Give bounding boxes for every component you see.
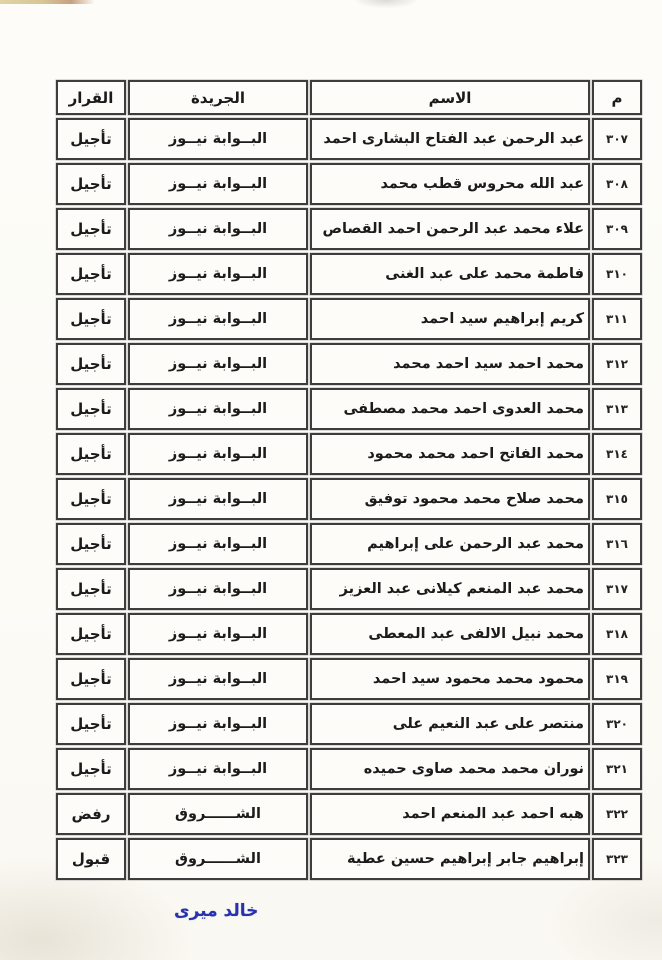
row-number-cell: ٣١٢ bbox=[592, 343, 642, 385]
scan-artifact-top-left bbox=[0, 0, 95, 4]
row-newspaper-cell: البــوابة نيــوز bbox=[128, 298, 308, 340]
table-row: ٣٢٣إبراهيم جابر إبراهيم حسين عطيةالشــــ… bbox=[56, 838, 642, 880]
row-name-cell: منتصر على عبد النعيم على bbox=[310, 703, 590, 745]
row-newspaper-cell: الشــــــروق bbox=[128, 838, 308, 880]
row-number-cell: ٣١٦ bbox=[592, 523, 642, 565]
row-decision-cell: تأجيل bbox=[56, 613, 126, 655]
row-newspaper-cell: الشــــــروق bbox=[128, 793, 308, 835]
row-number-cell: ٣١٥ bbox=[592, 478, 642, 520]
table-row: ٣١٧محمد عبد المنعم كيلانى عبد العزيزالبـ… bbox=[56, 568, 642, 610]
row-decision-cell: تأجيل bbox=[56, 343, 126, 385]
table-row: ٣٠٩علاء محمد عبد الرحمن احمد القصاصالبــ… bbox=[56, 208, 642, 250]
row-name-cell: نوران محمد محمد صاوى حميده bbox=[310, 748, 590, 790]
row-decision-cell: قبول bbox=[56, 838, 126, 880]
row-number-cell: ٣٢٢ bbox=[592, 793, 642, 835]
row-decision-cell: تأجيل bbox=[56, 568, 126, 610]
header-name: الاسم bbox=[310, 80, 590, 115]
row-newspaper-cell: البــوابة نيــوز bbox=[128, 163, 308, 205]
row-newspaper-cell: البــوابة نيــوز bbox=[128, 613, 308, 655]
row-decision-cell: تأجيل bbox=[56, 298, 126, 340]
table-row: ٣١٨محمد نبيل الالفى عبد المعطىالبــوابة … bbox=[56, 613, 642, 655]
table-row: ٣١٤محمد الفاتح احمد محمد محمودالبــوابة … bbox=[56, 433, 642, 475]
row-newspaper-cell: البــوابة نيــوز bbox=[128, 568, 308, 610]
row-name-cell: علاء محمد عبد الرحمن احمد القصاص bbox=[310, 208, 590, 250]
row-decision-cell: تأجيل bbox=[56, 118, 126, 160]
header-number: م bbox=[592, 80, 642, 115]
row-newspaper-cell: البــوابة نيــوز bbox=[128, 118, 308, 160]
header-newspaper: الجريدة bbox=[128, 80, 308, 115]
row-number-cell: ٣٠٧ bbox=[592, 118, 642, 160]
row-number-cell: ٣٢١ bbox=[592, 748, 642, 790]
row-name-cell: محمد عبد المنعم كيلانى عبد العزيز bbox=[310, 568, 590, 610]
row-name-cell: محمد عبد الرحمن على إبراهيم bbox=[310, 523, 590, 565]
table-row: ٣٢١نوران محمد محمد صاوى حميدهالبــوابة ن… bbox=[56, 748, 642, 790]
row-decision-cell: تأجيل bbox=[56, 748, 126, 790]
row-name-cell: محمد احمد سيد احمد محمد bbox=[310, 343, 590, 385]
table-header-row: م الاسم الجريدة القرار bbox=[56, 80, 642, 115]
row-name-cell: عبد الله محروس قطب محمد bbox=[310, 163, 590, 205]
row-newspaper-cell: البــوابة نيــوز bbox=[128, 343, 308, 385]
row-name-cell: فاطمة محمد على عبد الغنى bbox=[310, 253, 590, 295]
table-row: ٣١٠فاطمة محمد على عبد الغنىالبــوابة نيـ… bbox=[56, 253, 642, 295]
table-row: ٣١١كريم إبراهيم سيد احمدالبــوابة نيــوز… bbox=[56, 298, 642, 340]
row-newspaper-cell: البــوابة نيــوز bbox=[128, 433, 308, 475]
row-number-cell: ٣٢٠ bbox=[592, 703, 642, 745]
row-newspaper-cell: البــوابة نيــوز bbox=[128, 388, 308, 430]
row-name-cell: محمد الفاتح احمد محمد محمود bbox=[310, 433, 590, 475]
row-number-cell: ٣١٤ bbox=[592, 433, 642, 475]
row-decision-cell: تأجيل bbox=[56, 433, 126, 475]
row-decision-cell: تأجيل bbox=[56, 388, 126, 430]
row-name-cell: محمود محمد محمود سيد احمد bbox=[310, 658, 590, 700]
row-number-cell: ٣١٠ bbox=[592, 253, 642, 295]
row-decision-cell: تأجيل bbox=[56, 658, 126, 700]
row-newspaper-cell: البــوابة نيــوز bbox=[128, 208, 308, 250]
row-name-cell: محمد العدوى احمد محمد مصطفى bbox=[310, 388, 590, 430]
table-row: ٣١٦محمد عبد الرحمن على إبراهيمالبــوابة … bbox=[56, 523, 642, 565]
row-newspaper-cell: البــوابة نيــوز bbox=[128, 253, 308, 295]
row-name-cell: محمد نبيل الالفى عبد المعطى bbox=[310, 613, 590, 655]
row-number-cell: ٣١٨ bbox=[592, 613, 642, 655]
row-number-cell: ٣١٩ bbox=[592, 658, 642, 700]
row-name-cell: محمد صلاح محمد محمود توفيق bbox=[310, 478, 590, 520]
row-newspaper-cell: البــوابة نيــوز bbox=[128, 703, 308, 745]
table-row: ٣١٢محمد احمد سيد احمد محمدالبــوابة نيــ… bbox=[56, 343, 642, 385]
journalists-decision-table: م الاسم الجريدة القرار ٣٠٧عبد الرحمن عبد… bbox=[54, 77, 644, 883]
row-newspaper-cell: البــوابة نيــوز bbox=[128, 523, 308, 565]
row-name-cell: عبد الرحمن عبد الفتاح البشارى احمد bbox=[310, 118, 590, 160]
table-row: ٣٠٧عبد الرحمن عبد الفتاح البشارى احمدالب… bbox=[56, 118, 642, 160]
table-row: ٣١٥محمد صلاح محمد محمود توفيقالبــوابة ن… bbox=[56, 478, 642, 520]
scanned-document-page: م الاسم الجريدة القرار ٣٠٧عبد الرحمن عبد… bbox=[0, 0, 662, 960]
table-body: ٣٠٧عبد الرحمن عبد الفتاح البشارى احمدالب… bbox=[56, 118, 642, 880]
row-decision-cell: تأجيل bbox=[56, 523, 126, 565]
row-decision-cell: رفض bbox=[56, 793, 126, 835]
row-number-cell: ٣١٧ bbox=[592, 568, 642, 610]
scan-artifact-top-center bbox=[355, 0, 417, 8]
table-row: ٣١٣محمد العدوى احمد محمد مصطفىالبــوابة … bbox=[56, 388, 642, 430]
row-decision-cell: تأجيل bbox=[56, 163, 126, 205]
row-decision-cell: تأجيل bbox=[56, 703, 126, 745]
row-number-cell: ٣٠٨ bbox=[592, 163, 642, 205]
row-number-cell: ٣٢٣ bbox=[592, 838, 642, 880]
row-newspaper-cell: البــوابة نيــوز bbox=[128, 478, 308, 520]
row-newspaper-cell: البــوابة نيــوز bbox=[128, 748, 308, 790]
row-name-cell: إبراهيم جابر إبراهيم حسين عطية bbox=[310, 838, 590, 880]
row-number-cell: ٣١٣ bbox=[592, 388, 642, 430]
signature-khaled-miri: خالد ميرى bbox=[174, 901, 258, 921]
row-decision-cell: تأجيل bbox=[56, 478, 126, 520]
table-row: ٣٠٨عبد الله محروس قطب محمدالبــوابة نيــ… bbox=[56, 163, 642, 205]
table-row: ٣١٩محمود محمد محمود سيد احمدالبــوابة ني… bbox=[56, 658, 642, 700]
row-decision-cell: تأجيل bbox=[56, 208, 126, 250]
row-number-cell: ٣٠٩ bbox=[592, 208, 642, 250]
table-row: ٣٢٢هبه احمد عبد المنعم احمدالشــــــروقر… bbox=[56, 793, 642, 835]
table-row: ٣٢٠منتصر على عبد النعيم علىالبــوابة نيـ… bbox=[56, 703, 642, 745]
row-name-cell: كريم إبراهيم سيد احمد bbox=[310, 298, 590, 340]
row-decision-cell: تأجيل bbox=[56, 253, 126, 295]
row-newspaper-cell: البــوابة نيــوز bbox=[128, 658, 308, 700]
row-name-cell: هبه احمد عبد المنعم احمد bbox=[310, 793, 590, 835]
row-number-cell: ٣١١ bbox=[592, 298, 642, 340]
header-decision: القرار bbox=[56, 80, 126, 115]
